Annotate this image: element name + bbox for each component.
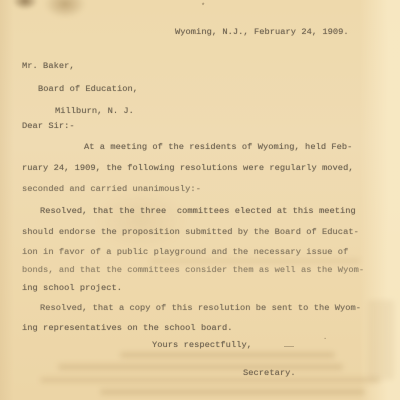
recipient-organization: Board of Education,: [38, 84, 138, 94]
recipient-name: Mr. Baker,: [22, 61, 75, 71]
closing: Yours respectfully,: [152, 340, 252, 350]
body-line: seconded and carried unanimously:-: [22, 184, 201, 194]
body-line: Resolved, that a copy of this resolution…: [40, 303, 361, 313]
body-line: Resolved, that the three committees elec…: [40, 206, 356, 216]
bleedthrough-ghost-line: [120, 352, 335, 358]
body-line: ing representatives on the school board.: [22, 323, 233, 333]
paper-discoloration: [96, 190, 186, 250]
stain-top-left-dark: [12, 0, 38, 10]
ink-speck-closing: .: [323, 334, 327, 342]
body-line: At a meeting of the residents of Wyoming…: [84, 142, 352, 152]
body-line: should endorse the proposition submitted…: [22, 227, 359, 237]
recipient-city: Millburn, N. J.: [55, 106, 134, 116]
bleedthrough-ghost-line: [58, 364, 343, 370]
stray-pen-dash: [284, 346, 294, 347]
body-line: ing school project.: [22, 283, 122, 293]
body-line: bonds, and that the committees consider …: [22, 265, 364, 275]
ink-speck-top: *: [201, 3, 205, 11]
stain-top-left-light: [44, 0, 86, 18]
bleedthrough-ghost-line: [368, 300, 394, 380]
salutation: Dear Sir:-: [22, 121, 75, 131]
body-line: ruary 24, 1909, the following resolution…: [22, 163, 354, 173]
dateline: Wyoming, N.J., February 24, 1909.: [175, 27, 349, 37]
bleedthrough-ghost-line: [100, 389, 365, 395]
letter-scan: * Wyoming, N.J., February 24, 1909. Mr. …: [0, 0, 400, 400]
bleedthrough-ghost-line: [150, 258, 360, 264]
body-line: ion in favor of a public playground and …: [22, 247, 348, 257]
bleedthrough-ghost-line: [40, 377, 380, 383]
